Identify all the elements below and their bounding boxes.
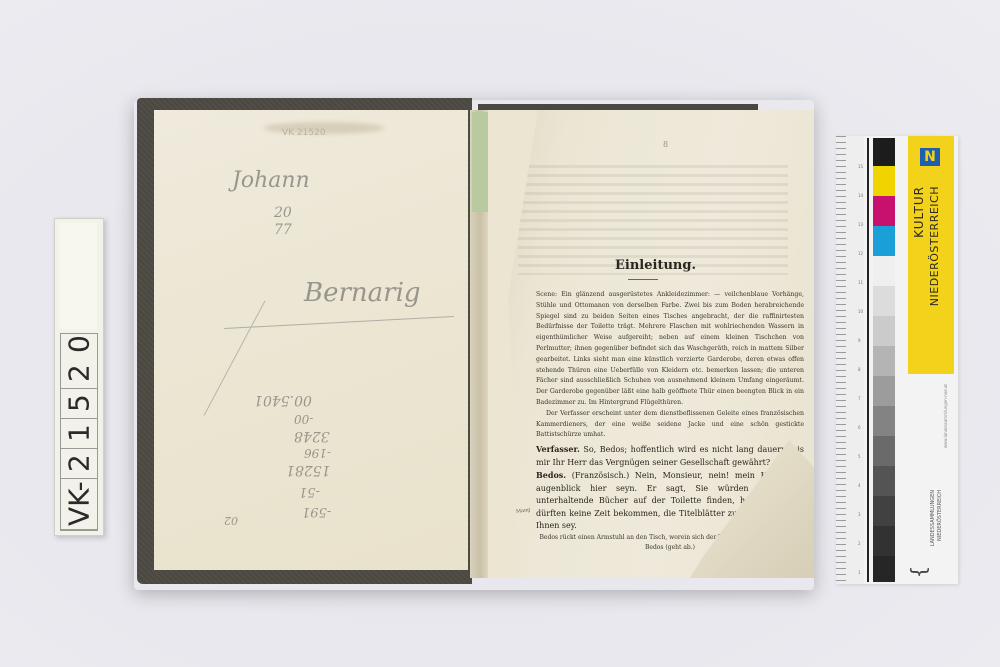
- swatch-cyan: [873, 226, 895, 256]
- swatch-yellow: [873, 166, 895, 196]
- ruler-tick-label: 5: [858, 454, 861, 459]
- pencil-note: -196: [304, 446, 331, 460]
- label-blank-area: [59, 223, 97, 329]
- swatch-gray: [873, 496, 895, 526]
- inventory-char: 2: [61, 449, 97, 479]
- pencil-note: 00.5401: [254, 392, 312, 408]
- stage-description: Scene: Ein glänzend ausgerüstetes Anklei…: [536, 290, 804, 409]
- ruler-tick-label: 6: [858, 425, 861, 430]
- heading-rule: [628, 279, 658, 280]
- chapter-heading: Einleitung.: [615, 258, 696, 273]
- swatch-white: [873, 256, 895, 286]
- inventory-stamp: VK 21520: [282, 128, 326, 138]
- swatch-gray: [873, 346, 895, 376]
- gutter-paper-strip: [472, 112, 490, 212]
- pencil-note: 3248: [294, 428, 330, 444]
- pencil-note: 15281: [286, 462, 331, 478]
- pencil-note: Johann: [232, 168, 310, 193]
- ruler-tick-label: 11: [858, 280, 863, 285]
- ruler-tick-label: 4: [858, 483, 861, 488]
- inventory-label: VK- 2 1 5 2 0: [54, 218, 104, 536]
- noe-logo-icon: N: [920, 148, 940, 166]
- swatch-gray: [873, 466, 895, 496]
- inventory-char: VK-: [61, 479, 97, 530]
- swatch-gray: [873, 436, 895, 466]
- pencil-line: [224, 316, 454, 329]
- inventory-number: VK- 2 1 5 2 0: [60, 333, 98, 531]
- swatch-black: [873, 138, 895, 166]
- ruler-tick-label: 1: [858, 570, 861, 575]
- brand-line-1: KULTUR: [912, 186, 926, 238]
- org-line-2: NIEDERÖSTERREICH: [937, 490, 943, 541]
- brand-line-2: NIEDERÖSTERREICH: [928, 186, 941, 306]
- ruler-divider: [867, 138, 869, 582]
- ruler-tick-label: 13: [858, 222, 863, 227]
- ruler-tick-label: 15: [858, 164, 863, 169]
- swatch-gray: [873, 316, 895, 346]
- inventory-char: 1: [61, 419, 97, 449]
- pencil-note: Bernarig: [304, 278, 421, 308]
- speaker: Verfasser.: [536, 444, 580, 454]
- pencil-note: -51: [299, 484, 320, 499]
- swatch-magenta: [873, 196, 895, 226]
- ruler-tick-label: 10: [858, 309, 863, 314]
- swatch-gray: [873, 376, 895, 406]
- swatch-gray: [873, 286, 895, 316]
- pencil-note: -591: [302, 504, 331, 519]
- ruler-tick-label: 2: [858, 541, 861, 546]
- swatch-gray: [873, 526, 895, 556]
- brace-icon: {: [906, 566, 930, 579]
- stage-description: Der Verfasser erscheint unter dem dienst…: [536, 409, 804, 441]
- left-flyleaf: VK 21520 Johann 20 77 Bernarig 00.5401 -…: [154, 110, 468, 570]
- ruler-tick-label: 12: [858, 251, 863, 256]
- ruler-tick-label: 7: [858, 396, 861, 401]
- pencil-note: 77: [274, 222, 292, 238]
- ruler-tick-label: 3: [858, 512, 861, 517]
- pencil-note: 02: [224, 514, 238, 527]
- website-text: www.landessammlungen-noe.at: [943, 384, 948, 448]
- pencil-note: 20: [274, 205, 292, 221]
- speaker: Bedos.: [536, 470, 566, 480]
- ruler-tick-label: 9: [858, 338, 861, 343]
- swatch-gray: [873, 556, 895, 582]
- org-line-1: LANDESSAMMLUNGEN: [930, 490, 936, 546]
- ruler-tick-label: 8: [858, 367, 861, 372]
- inventory-char: 5: [61, 389, 97, 419]
- swatch-gray: [873, 406, 895, 436]
- page-number: 8: [663, 140, 668, 149]
- dialogue-line: Verfasser. So, Bedos; hoffentlich wird e…: [536, 443, 804, 469]
- pencil-note: -00: [294, 412, 313, 426]
- inventory-char: 2: [61, 359, 97, 389]
- ruler-tick-label: 14: [858, 193, 863, 198]
- inventory-char: 0: [61, 330, 97, 359]
